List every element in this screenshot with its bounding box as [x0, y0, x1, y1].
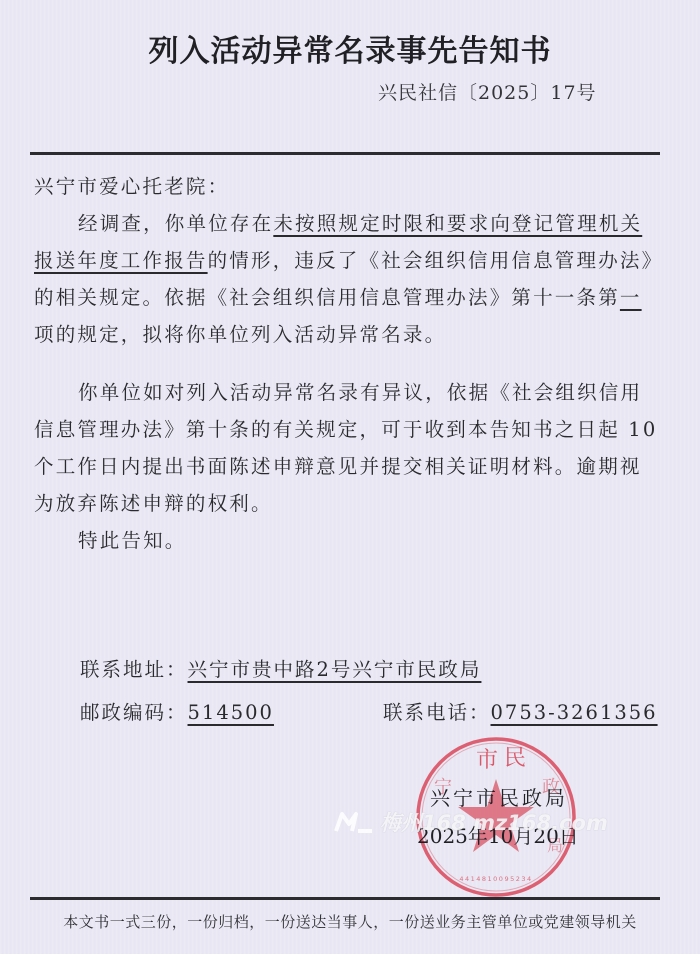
document-number: 兴民社信〔2025〕17号 — [378, 78, 597, 105]
notice-body-paragraph-1: 兴宁市爱心托老院： 经调查，你单位存在未按照规定时限和要求向登记管理机关 报送年… — [34, 168, 664, 353]
paragraph2-line3: 个工作日内提出书面陈述申辩意见并提交相关证明材料。逾期视 — [34, 448, 664, 485]
contact-address: 联系地址：兴宁市贵中路2号兴宁市民政局 — [80, 654, 481, 682]
site-watermark: 梅州168 mz168.com — [334, 808, 608, 836]
violation-underlined-1: 未按照规定时限和要求向登记管理机关 — [273, 212, 642, 235]
phone-label: 联系电话： — [383, 701, 491, 724]
paragraph1-line1: 经调查，你单位存在未按照规定时限和要求向登记管理机关 — [34, 205, 664, 242]
closing-line: 特此告知。 — [34, 522, 664, 559]
watermark-text: 梅州168 mz168.com — [380, 807, 608, 837]
address-label: 联系地址： — [80, 658, 188, 681]
violation-underlined-2: 报送年度工作报告 — [34, 249, 208, 272]
watermark-logo-icon — [334, 811, 374, 833]
header-divider — [30, 152, 660, 155]
paragraph2-line1: 你单位如对列入活动异常名录有异议，依据《社会组织信用 — [34, 374, 664, 411]
contact-postcode: 邮政编码：514500 — [80, 697, 274, 725]
paragraph1-line3: 的相关规定。依据《社会组织信用信息管理办法》第十一条第一 — [34, 279, 664, 316]
text-span: 的相关规定。依据《社会组织信用信息管理办法》第十一条第 — [34, 286, 620, 309]
recipient-line: 兴宁市爱心托老院： — [34, 168, 664, 205]
stamp-char-2: 民 — [504, 746, 526, 771]
text-span: 项的规定，拟将你单位列入活动异常名录。 — [34, 323, 446, 346]
document-title: 列入活动异常名录事先告知书 — [0, 26, 700, 70]
footer-divider — [30, 897, 660, 900]
svg-text:4414810095234: 4414810095234 — [459, 875, 532, 883]
phone-value: 0753-3261356 — [491, 701, 658, 724]
footer-note: 本文书一式三份，一份归档，一份送达当事人，一份送业务主管单位或党建领导机关 — [0, 911, 700, 932]
postcode-value: 514500 — [188, 701, 274, 724]
clause-item-underlined: 一 — [620, 286, 642, 309]
paragraph1-line2: 报送年度工作报告的情形，违反了《社会组织信用信息管理办法》 — [34, 242, 664, 279]
stamp-char-1: 市 — [476, 748, 498, 773]
paragraph2-line2: 信息管理办法》第十条的有关规定，可于收到本告知书之日起 10 — [34, 411, 664, 448]
paragraph2-line4: 为放弃陈述申辩的权利。 — [34, 485, 664, 522]
contact-phone: 联系电话：0753-3261356 — [383, 697, 658, 725]
paragraph1-line4: 项的规定，拟将你单位列入活动异常名录。 — [34, 316, 664, 353]
notice-document: 列入活动异常名录事先告知书 兴民社信〔2025〕17号 兴宁市爱心托老院： 经调… — [0, 0, 700, 954]
text-span: 经调查，你单位存在 — [78, 212, 273, 235]
notice-body-paragraph-2: 你单位如对列入活动异常名录有异议，依据《社会组织信用 信息管理办法》第十条的有关… — [34, 374, 664, 559]
postcode-label: 邮政编码： — [80, 701, 188, 724]
address-value: 兴宁市贵中路2号兴宁市民政局 — [188, 658, 482, 681]
recipient: 兴宁市爱心托老院： — [34, 175, 229, 198]
text-span: 的情形，违反了《社会组织信用信息管理办法》 — [208, 249, 664, 272]
